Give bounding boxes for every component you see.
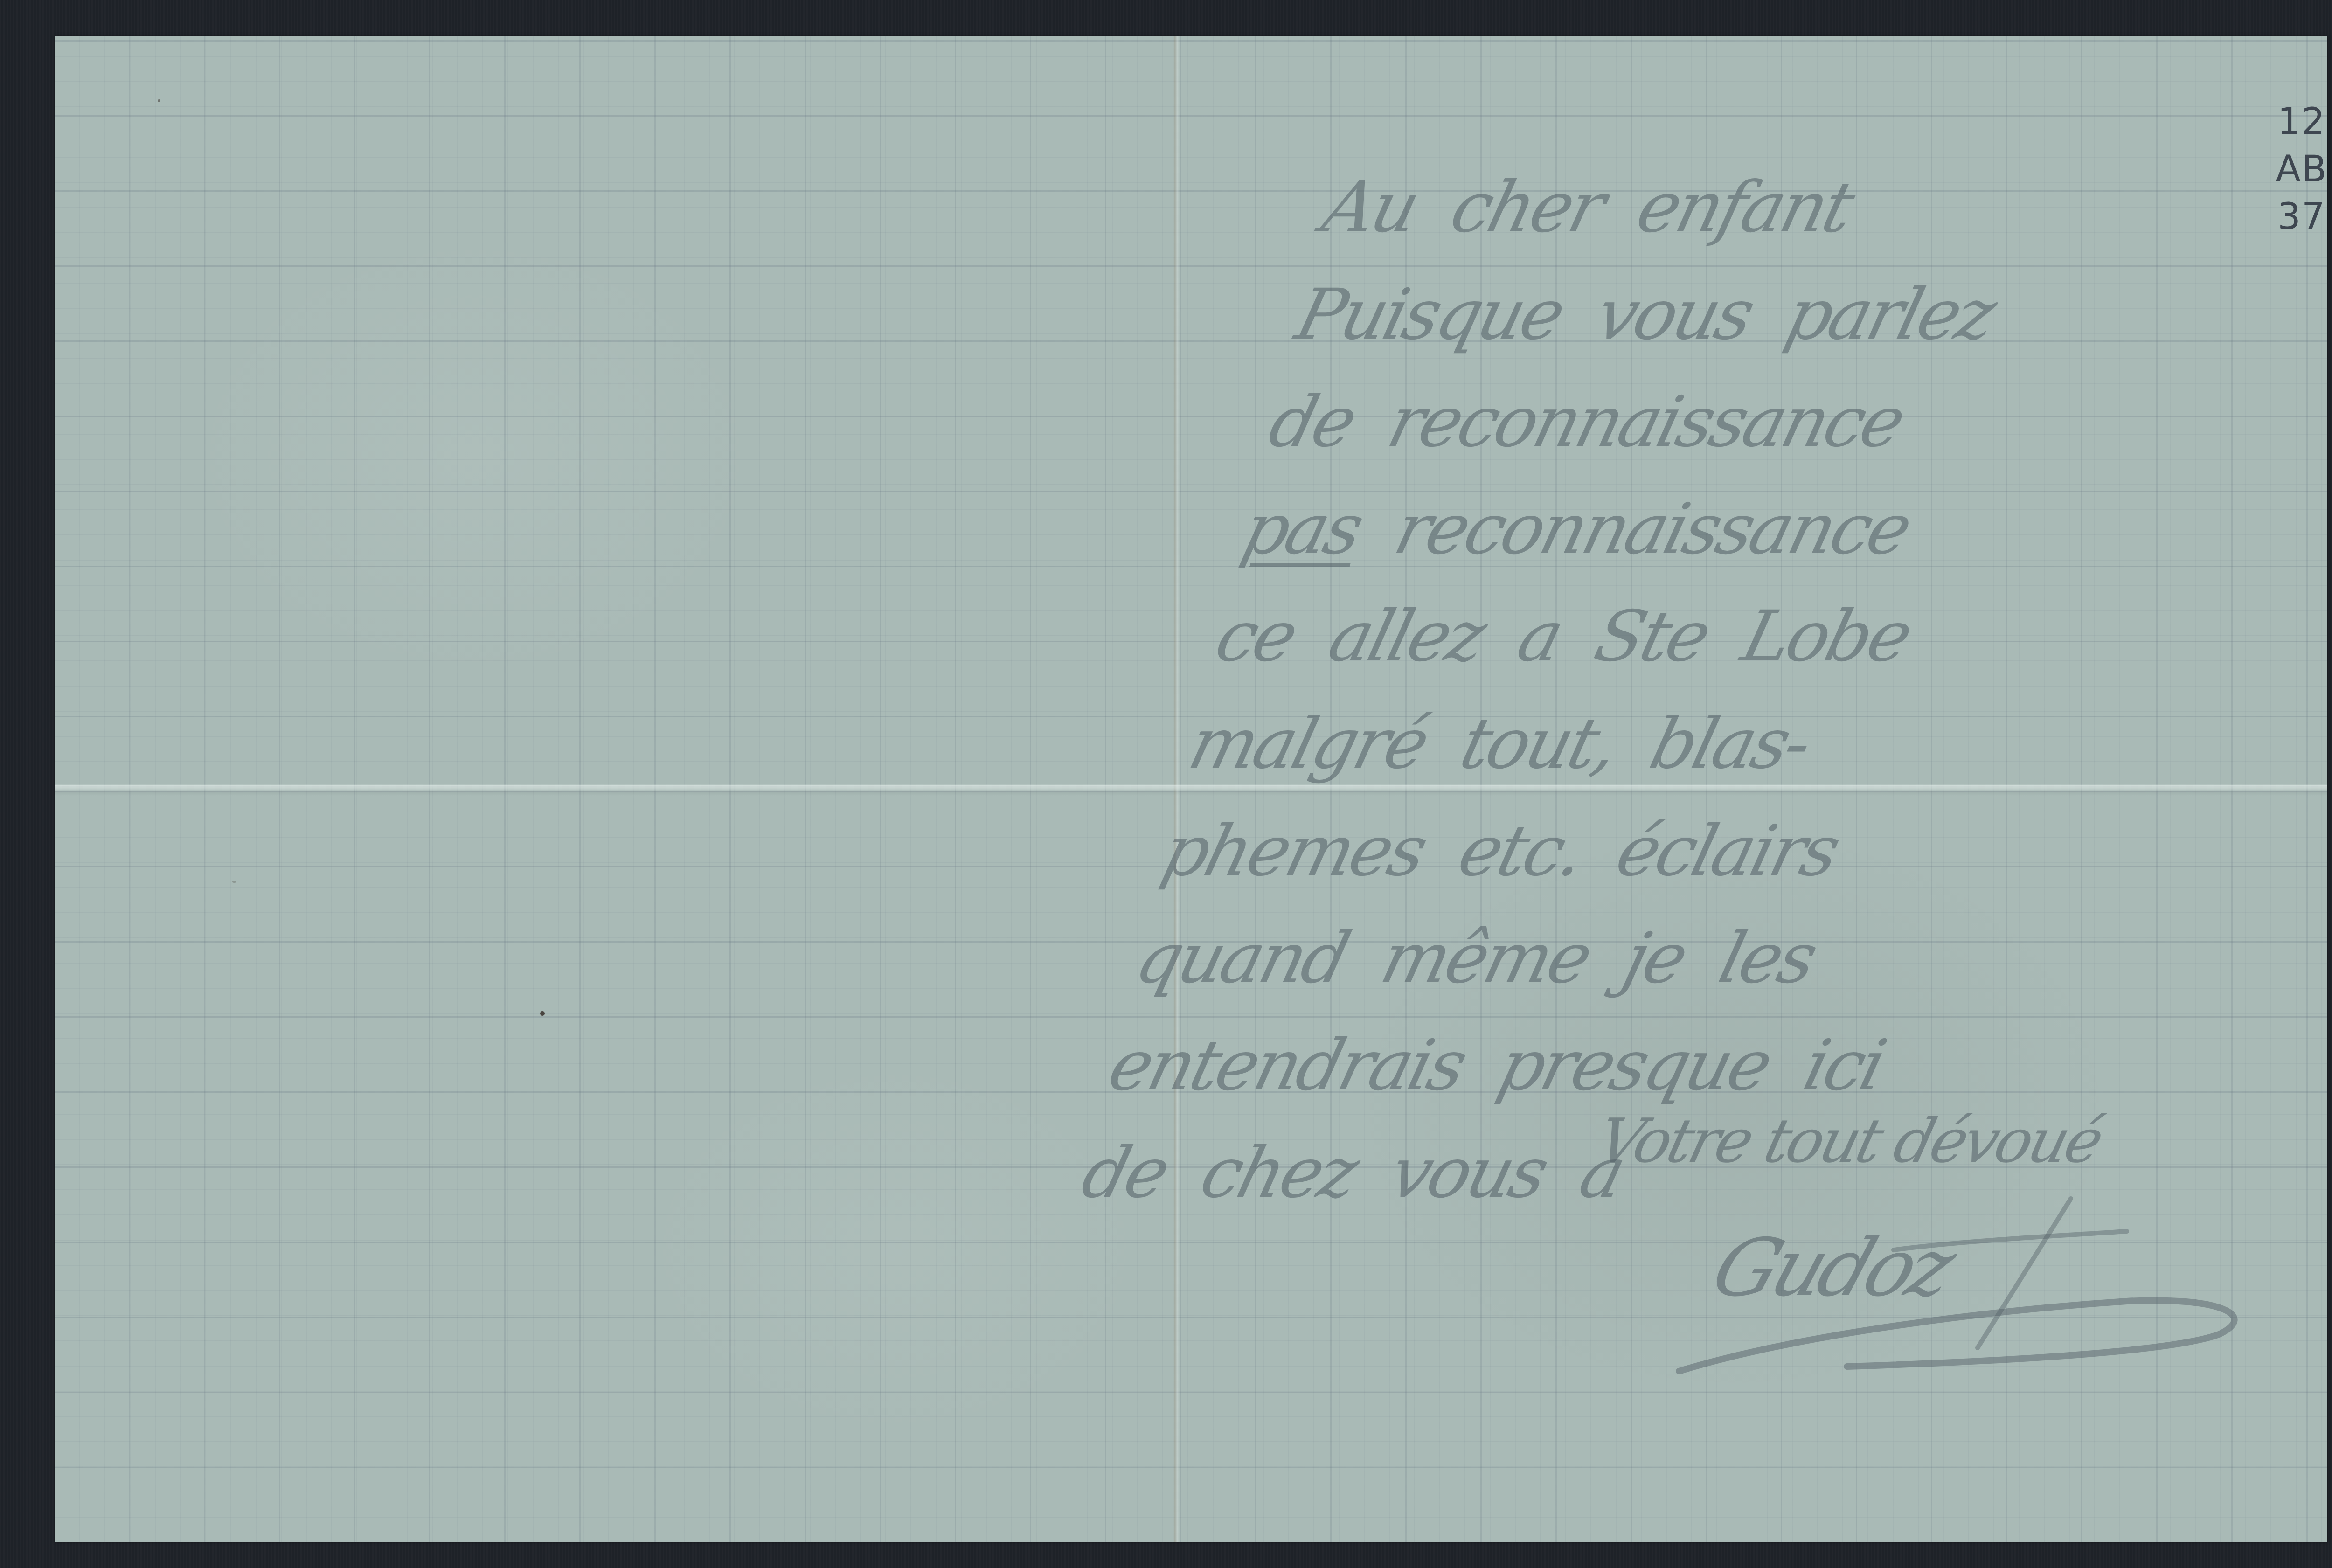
archive-reference-stamp: 12 AB 37	[2274, 98, 2330, 241]
underlined-word: pas	[1235, 489, 1369, 570]
letter-line: malgré tout, blas-	[1178, 690, 2138, 798]
letter-line: Puisque vous parlez	[1285, 261, 2244, 368]
letter-closing: Votre tout dévoué	[1591, 1105, 2108, 1176]
paper-speck	[540, 1011, 545, 1016]
signature-flourish-icon	[1660, 1194, 2267, 1399]
letter-line: quand même je les	[1124, 905, 2084, 1012]
paper-speck	[158, 99, 160, 102]
signature: Gudoz	[1660, 1194, 2267, 1399]
archive-ref-line: 12	[2274, 98, 2330, 146]
archive-ref-line: 37	[2274, 193, 2330, 241]
letter-line: entendrais presque ici	[1098, 1012, 2057, 1119]
archive-ref-line: AB	[2274, 146, 2330, 193]
letter-line: pas reconnaissance	[1232, 476, 2191, 583]
letter-line: phemes etc. éclairs	[1152, 798, 2111, 905]
letter-line-rest: reconnaissance	[1387, 489, 1918, 570]
letter-line: ce allez a Ste Lobe	[1205, 583, 2164, 690]
paper-speck	[232, 881, 236, 883]
letter-line: Au cher enfant	[1312, 154, 2271, 261]
letter-line: de reconnaissance	[1258, 368, 2218, 476]
